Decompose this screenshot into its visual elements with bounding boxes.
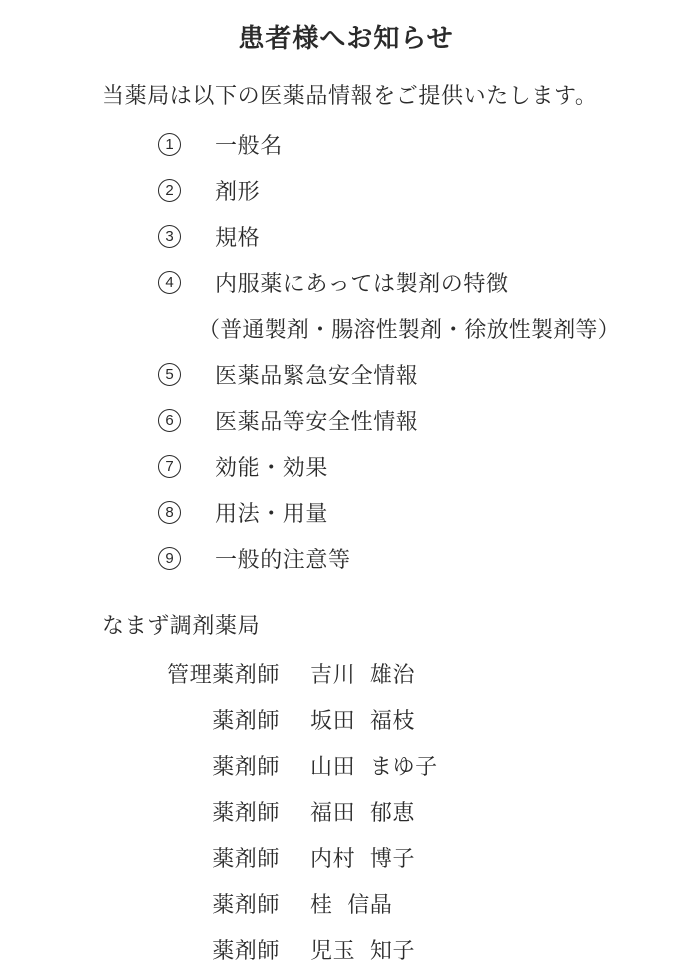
item-label: 剤形 [215, 175, 260, 206]
staff-row: 薬剤師 内村 博子 [158, 834, 638, 880]
staff-name: 吉川 雄治 [310, 658, 415, 689]
circled-number-icon: 7 [158, 455, 181, 478]
staff-name: 内村 博子 [310, 842, 415, 873]
staff-name: 児玉 知子 [310, 934, 415, 965]
list-item: 8 用法・用量 [158, 489, 658, 535]
staff-row: 薬剤師 坂田 福枝 [158, 696, 638, 742]
list-item: 6 医薬品等安全性情報 [158, 397, 658, 443]
circled-number-icon: 4 [158, 271, 181, 294]
staff-row: 薬剤師 山田 まゆ子 [158, 742, 638, 788]
staff-name: 山田 まゆ子 [310, 750, 438, 781]
circled-number-icon: 5 [158, 363, 181, 386]
circled-number-icon: 8 [158, 501, 181, 524]
item-label: 内服薬にあっては製剤の特徴 [215, 267, 509, 298]
list-item: 3 規格 [158, 213, 658, 259]
pharmacy-name: なまず調剤薬局 [102, 613, 260, 639]
item-label: 医薬品緊急安全情報 [215, 359, 418, 390]
staff-role: 薬剤師 [158, 750, 280, 781]
staff-role: 薬剤師 [158, 842, 280, 873]
item-label: 一般名 [215, 129, 283, 160]
list-item: 7 効能・効果 [158, 443, 658, 489]
item-label: 用法・用量 [215, 497, 328, 528]
item-label: 効能・効果 [215, 451, 328, 482]
page-title: 患者様へお知らせ [0, 22, 692, 55]
staff-row: 薬剤師 福田 郁恵 [158, 788, 638, 834]
circled-number-icon: 9 [158, 547, 181, 570]
staff-row: 管理薬剤師 吉川 雄治 [158, 650, 638, 696]
staff-role: 薬剤師 [158, 796, 280, 827]
item-label: 医薬品等安全性情報 [215, 405, 418, 436]
list-item: 9 一般的注意等 [158, 535, 658, 581]
list-item: 1 一般名 [158, 121, 658, 167]
staff-row: 薬剤師 桂 信晶 [158, 880, 638, 926]
staff-name: 坂田 福枝 [310, 704, 415, 735]
item-note: （普通製剤・腸溶性製剤・徐放性製剤等） [198, 313, 620, 344]
list-item: 5 医薬品緊急安全情報 [158, 351, 658, 397]
staff-role: 管理薬剤師 [158, 658, 280, 689]
notice-document: 患者様へお知らせ 当薬局は以下の医薬品情報をご提供いたします。 1 一般名 2 … [0, 0, 692, 980]
circled-number-icon: 1 [158, 133, 181, 156]
intro-text: 当薬局は以下の医薬品情報をご提供いたします。 [102, 83, 597, 109]
list-item: 4 内服薬にあっては製剤の特徴 [158, 259, 658, 305]
item-label: 規格 [215, 221, 260, 252]
staff-name: 桂 信晶 [310, 888, 393, 919]
info-list: 1 一般名 2 剤形 3 規格 4 内服薬にあっては製剤の特徴 （普通製剤・腸溶… [158, 121, 658, 581]
staff-role: 薬剤師 [158, 704, 280, 735]
staff-name: 福田 郁恵 [310, 796, 415, 827]
list-item: 2 剤形 [158, 167, 658, 213]
staff-row: 薬剤師 児玉 知子 [158, 926, 638, 972]
staff-role: 薬剤師 [158, 934, 280, 965]
list-item-note: （普通製剤・腸溶性製剤・徐放性製剤等） [158, 305, 658, 351]
circled-number-icon: 6 [158, 409, 181, 432]
circled-number-icon: 3 [158, 225, 181, 248]
staff-role: 薬剤師 [158, 888, 280, 919]
circled-number-icon: 2 [158, 179, 181, 202]
item-label: 一般的注意等 [215, 543, 351, 574]
staff-list: 管理薬剤師 吉川 雄治 薬剤師 坂田 福枝 薬剤師 山田 まゆ子 薬剤師 福田 … [158, 650, 638, 972]
